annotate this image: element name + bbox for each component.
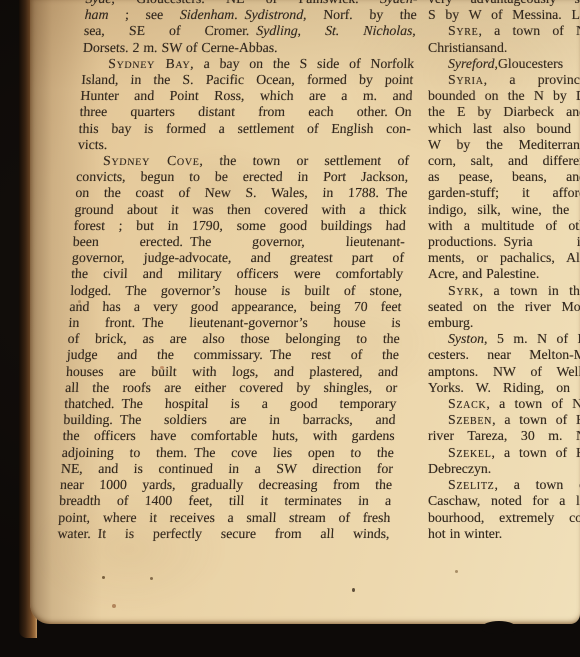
- text-line: water. It is perfectly secure from all w…: [57, 526, 390, 542]
- text-line: forest ; but in 1790, some good building…: [73, 218, 406, 234]
- body-text: lodged. The governor’s house is built of…: [70, 283, 403, 298]
- text-line: building. The soldiers are in barracks, …: [63, 412, 396, 428]
- shadow-blot: [482, 621, 516, 634]
- body-text: point, where it receives a small stream …: [58, 510, 391, 525]
- text-line: indigo, silk, wine, the c: [428, 202, 580, 218]
- paper-speck: [112, 604, 116, 608]
- text-line: Syreford,Gloucesters: [428, 56, 580, 72]
- body-text: very advantageously se: [428, 0, 580, 6]
- body-text: , Gloucesters. NE of Painswick.: [111, 0, 380, 6]
- placename-italic: Sydistrond: [244, 7, 303, 22]
- text-line: this bay is formed a settlement of Engli…: [78, 121, 411, 137]
- text-column-left: Syde, Gloucesters. NE of Painswick. Syde…: [57, 0, 418, 542]
- text-line: very advantageously se: [428, 0, 580, 7]
- entry-headword: Szelitz: [448, 477, 494, 492]
- text-line: garden-stuff; it afford: [428, 185, 580, 201]
- body-text: Hunter and Point Ross, which are a m. an…: [80, 88, 413, 103]
- text-line: cesters. near Melton-M: [428, 347, 580, 363]
- body-text: Dorsets. 2 m. SW of Cerne-Abbas.: [83, 40, 278, 55]
- text-line: ground about it was then covered with a …: [74, 202, 407, 218]
- entry-headword: Sydney Cove: [103, 153, 200, 168]
- text-line: thatched. The hospital is a good tempora…: [64, 396, 397, 412]
- body-text: the civil and military officers were com…: [71, 266, 404, 281]
- body-text: three quarters distant from each other. …: [79, 104, 412, 119]
- text-line: governor, judge-advocate, and greatest p…: [72, 250, 405, 266]
- body-text: S by W of Messina. La: [428, 7, 580, 22]
- body-text: sea, SE of Cromer.: [84, 23, 257, 38]
- text-line: three quarters distant from each other. …: [79, 104, 412, 120]
- text-line: point, where it receives a small stream …: [58, 510, 391, 526]
- text-line: Island, in the S. Pacific Ocean, formed …: [81, 72, 414, 88]
- paper-speck: [150, 577, 153, 580]
- entry-headword: Szack: [448, 396, 486, 411]
- text-line: which last also bound i: [428, 121, 580, 137]
- body-text: thatched. The hospital is a good tempora…: [64, 396, 397, 411]
- text-line: W by the Mediterrane: [428, 137, 580, 153]
- body-text: Island, in the S. Pacific Ocean, formed …: [81, 72, 414, 87]
- text-line: on the coast of New S. Wales, in 1788. T…: [75, 185, 408, 201]
- body-text: corn, salt, and differen: [428, 153, 580, 168]
- body-text: Yorks. W. Riding, on t: [428, 380, 580, 395]
- placename-italic: Syreford: [448, 56, 495, 71]
- body-text: , a town of N: [478, 23, 580, 38]
- text-line: adjoining to them. The cove lies open to…: [61, 445, 394, 461]
- text-line: Acre, and Palestine.: [428, 266, 580, 282]
- body-text: governor, judge-advocate, and greatest p…: [72, 250, 405, 265]
- entry-headword: Syre: [448, 23, 478, 38]
- text-line: with a multitude of oth: [428, 218, 580, 234]
- body-text: Debreczyn.: [428, 461, 491, 476]
- body-text: , a bay on the S side of Norfolk: [190, 56, 415, 71]
- body-text: and has a very good appearance, being 70…: [69, 299, 402, 314]
- text-line: S by W of Messina. La: [428, 7, 580, 23]
- text-line: houses are built with logs, and plastere…: [66, 364, 399, 380]
- body-text: NE, and is continued in a SW direction f…: [61, 461, 394, 476]
- body-text: garden-stuff; it afford: [428, 185, 580, 200]
- text-line: near 1000 yards, gradually decreasing fr…: [60, 477, 393, 493]
- text-line: convicts, begun to be erected in Port Ja…: [76, 169, 409, 185]
- body-text: amptons. NW of Welli: [428, 364, 580, 379]
- body-text: adjoining to them. The cove lies open to…: [61, 445, 394, 460]
- body-text: building. The soldiers are in barracks, …: [63, 412, 396, 427]
- text-line: lodged. The governor’s house is built of…: [70, 283, 403, 299]
- body-text: been erected. The governor, lieutenant-: [72, 234, 405, 249]
- body-text: ,Gloucesters: [495, 56, 564, 71]
- body-text: , 5 m. N of L: [484, 331, 580, 346]
- book-page: Syde, Gloucesters. NE of Painswick. Syde…: [30, 0, 580, 624]
- body-text: this bay is formed a settlement of Engli…: [78, 121, 411, 136]
- placename-italic: Sydling: [256, 23, 298, 38]
- text-line: all the roofs are either covered by shin…: [65, 380, 398, 396]
- body-text: , a town in the: [480, 283, 580, 298]
- text-line: breadth of 1400 feet, till it terminates…: [59, 493, 392, 509]
- body-text: ground about it was then covered with a …: [74, 202, 407, 217]
- body-text: , a town o: [494, 477, 580, 492]
- body-text: Christiansand.: [428, 40, 507, 55]
- body-text: , a town of Ni: [486, 396, 580, 411]
- text-line: judge and the commissary. The rest of th…: [66, 347, 399, 363]
- body-text: cesters. near Melton-M: [428, 347, 580, 362]
- body-text: the officers have comfortable huts, with…: [62, 428, 395, 443]
- entry-headword: Sydney Bay: [108, 56, 191, 71]
- text-line: Syrk, a town in the: [428, 283, 580, 299]
- body-text: water. It is perfectly secure from all w…: [57, 526, 390, 541]
- body-text: of brick, as are also those belonging to…: [67, 331, 400, 346]
- text-line: Szeben, a town of H: [428, 412, 580, 428]
- body-text: victs.: [78, 137, 108, 152]
- text-line: Syston, 5 m. N of L: [428, 331, 580, 347]
- text-line: river Tareza, 30 m. N: [428, 428, 580, 444]
- text-line: corn, salt, and differen: [428, 153, 580, 169]
- body-text: bounded on the N by D: [428, 88, 580, 103]
- text-line: Hunter and Point Ross, which are a m. an…: [80, 88, 413, 104]
- text-line: Caschaw, noted for a la: [428, 493, 580, 509]
- placename-italic: Sidenham: [180, 7, 235, 22]
- body-text: , a province: [484, 72, 580, 87]
- text-line: Szekel, a town of H: [428, 445, 580, 461]
- text-line: bounded on the N by D: [428, 88, 580, 104]
- entry-headword: Syrk: [448, 283, 480, 298]
- text-line: productions. Syria is: [428, 234, 580, 250]
- body-text: ,: [412, 23, 416, 38]
- body-text: which last also bound i: [428, 121, 580, 136]
- body-text: , Norf. by the: [303, 7, 417, 22]
- text-column-right: very advantageously seS by W of Messina.…: [428, 0, 580, 542]
- body-text: W by the Mediterrane: [428, 137, 580, 152]
- body-text: hot in winter.: [428, 526, 502, 541]
- body-text: productions. Syria is: [428, 234, 580, 249]
- body-text: river Tareza, 30 m. N: [428, 428, 580, 443]
- body-text: in front. The lieutenant-governor’s hous…: [68, 315, 401, 330]
- body-text: breadth of 1400 feet, till it terminates…: [59, 493, 392, 508]
- text-line: and has a very good appearance, being 70…: [69, 299, 402, 315]
- body-text: seated on the river Mos: [428, 299, 580, 314]
- body-text: Acre, and Palestine.: [428, 266, 539, 281]
- paper-speck: [102, 576, 105, 579]
- text-line: Syde, Gloucesters. NE of Painswick. Syde…: [85, 0, 418, 7]
- body-text: houses are built with logs, and plastere…: [66, 364, 399, 379]
- text-line: in front. The lieutenant-governor’s hous…: [68, 315, 401, 331]
- body-text: , a town of H: [492, 445, 580, 460]
- body-text: the E by Diarbeck and: [428, 104, 580, 119]
- body-text: , the town or settlement of: [199, 153, 409, 168]
- text-line: emburg.: [428, 315, 580, 331]
- placename-italic: Syston: [448, 331, 484, 346]
- body-text: forest ; but in 1790, some good building…: [73, 218, 406, 233]
- text-line: Syria, a province: [428, 72, 580, 88]
- body-text: indigo, silk, wine, the c: [428, 202, 580, 217]
- placename-italic: ham: [84, 7, 109, 22]
- body-text: ments, or pachalics, Ale: [428, 250, 580, 265]
- photo-background: Syde, Gloucesters. NE of Painswick. Syde…: [0, 0, 580, 657]
- text-line: Debreczyn.: [428, 461, 580, 477]
- text-line: victs.: [78, 137, 411, 153]
- text-line: seated on the river Mos: [428, 299, 580, 315]
- text-line: the officers have comfortable huts, with…: [62, 428, 395, 444]
- body-text: on the coast of New S. Wales, in 1788. T…: [75, 185, 408, 200]
- body-text: Caschaw, noted for a la: [428, 493, 580, 508]
- text-line: the civil and military officers were com…: [71, 266, 404, 282]
- text-line: amptons. NW of Welli: [428, 364, 580, 380]
- text-line: the E by Diarbeck and: [428, 104, 580, 120]
- text-line: Sydney Bay, a bay on the S side of Norfo…: [82, 56, 415, 72]
- placename-italic: Syden-: [380, 0, 418, 6]
- body-text: , a town of H: [492, 412, 580, 427]
- body-text: convicts, begun to be erected in Port Ja…: [76, 169, 409, 184]
- body-text: ; see: [108, 7, 180, 22]
- text-line: Sydney Cove, the town or settlement of: [77, 153, 410, 169]
- placename-italic: Syde: [85, 0, 112, 6]
- body-text: all the roofs are either covered by shin…: [65, 380, 398, 395]
- text-line: ham ; see Sidenham. Sydistrond, Norf. by…: [84, 7, 417, 23]
- placename-italic: St. Nicholas: [325, 23, 413, 38]
- text-line: ments, or pachalics, Ale: [428, 250, 580, 266]
- text-line: as pease, beans, and: [428, 169, 580, 185]
- text-line: Szack, a town of Ni: [428, 396, 580, 412]
- text-line: Syre, a town of N: [428, 23, 580, 39]
- text-line: NE, and is continued in a SW direction f…: [61, 461, 394, 477]
- text-line: of brick, as are also those belonging to…: [67, 331, 400, 347]
- body-text: judge and the commissary. The rest of th…: [67, 347, 400, 362]
- paper-speck: [352, 588, 355, 592]
- text-line: sea, SE of Cromer. Sydling, St. Nicholas…: [83, 23, 416, 39]
- text-line: Szelitz, a town o: [428, 477, 580, 493]
- text-line: hot in winter.: [428, 526, 580, 542]
- entry-headword: Szeben: [448, 412, 492, 427]
- body-text: ,: [297, 23, 325, 38]
- body-text: as pease, beans, and: [428, 169, 580, 184]
- entry-headword: Szekel: [448, 445, 492, 460]
- text-line: Dorsets. 2 m. SW of Cerne-Abbas.: [83, 40, 416, 56]
- paper-speck: [455, 570, 458, 573]
- text-line: Yorks. W. Riding, on t: [428, 380, 580, 396]
- text-line: bourhood, extremely col: [428, 510, 580, 526]
- body-text: emburg.: [428, 315, 473, 330]
- body-text: near 1000 yards, gradually decreasing fr…: [60, 477, 393, 492]
- body-text: bourhood, extremely col: [428, 510, 580, 525]
- entry-headword: Syria: [448, 72, 484, 87]
- body-text: with a multitude of oth: [428, 218, 580, 233]
- text-line: Christiansand.: [428, 40, 580, 56]
- text-line: been erected. The governor, lieutenant-: [72, 234, 405, 250]
